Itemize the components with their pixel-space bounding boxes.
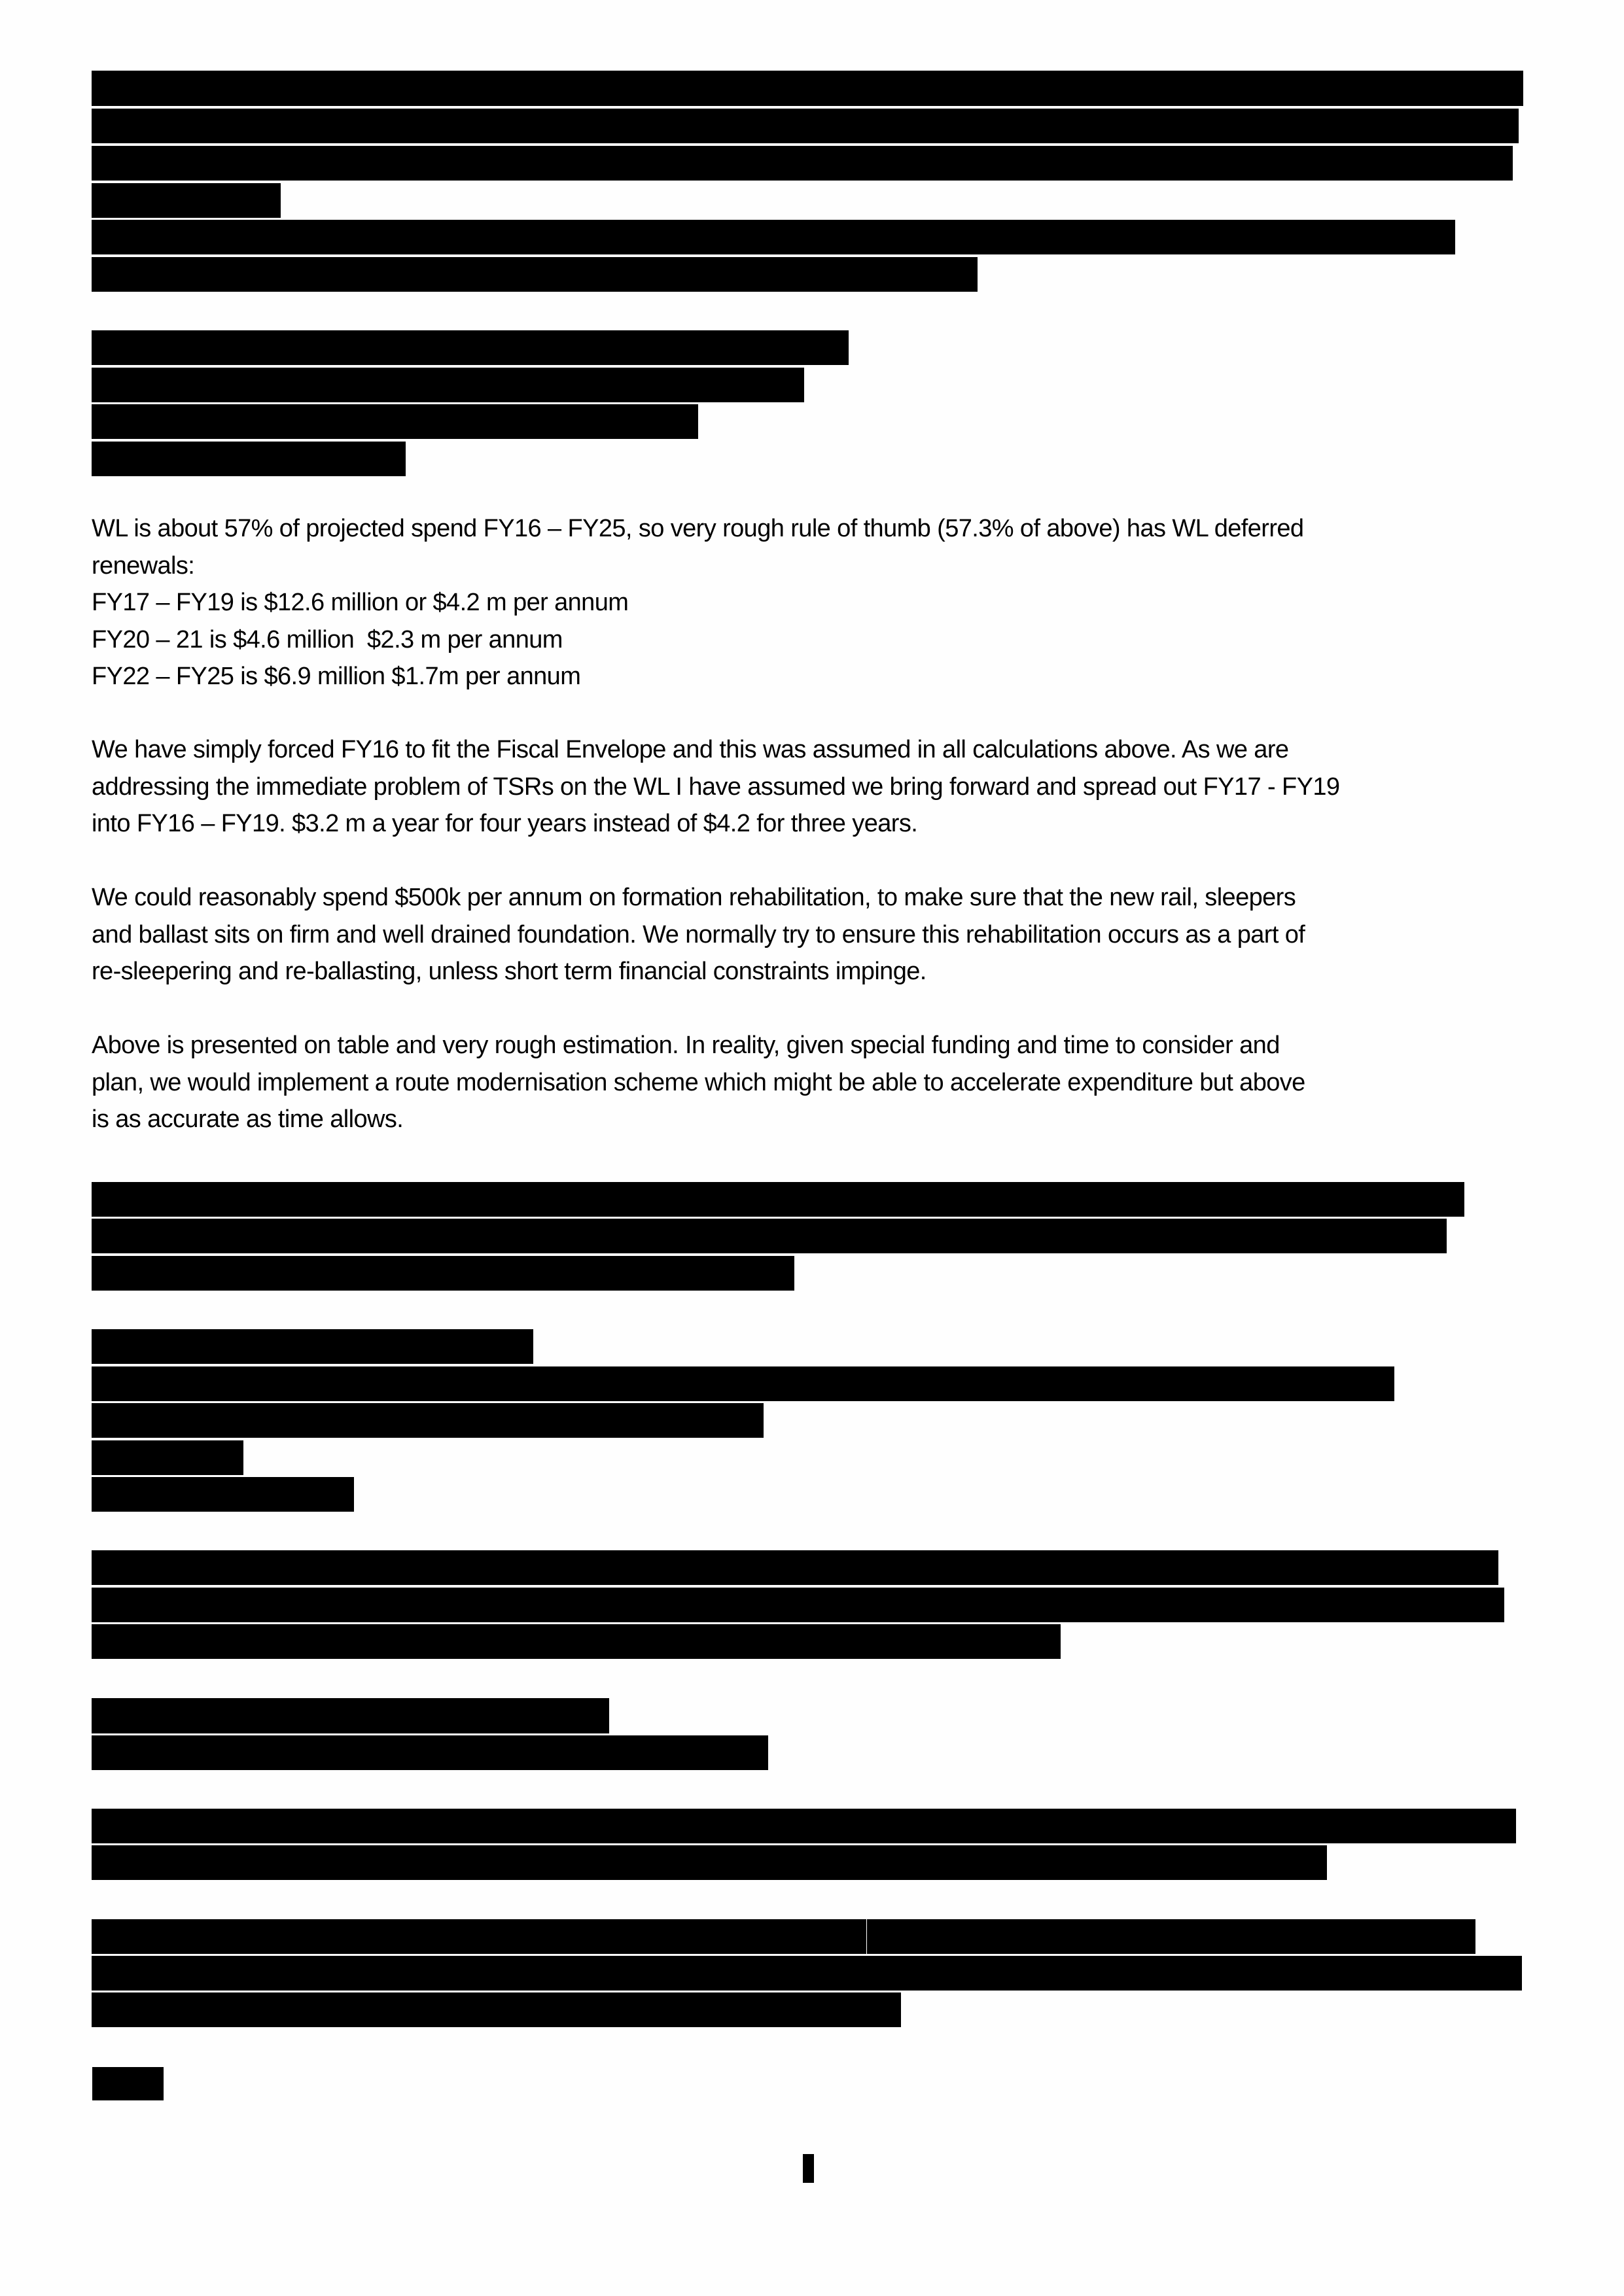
redaction-bar [92, 1403, 764, 1438]
text-line: is as accurate as time allows. [92, 1101, 1531, 1138]
paragraph-formation-rehabilitation: We could reasonably spend $500k per annu… [92, 879, 1531, 990]
text-line: renewals: [92, 548, 1531, 585]
redaction-bar [92, 1992, 901, 2027]
redaction-bar [92, 1588, 1504, 1622]
text-line: FY22 – FY25 is $6.9 million $1.7m per an… [92, 658, 1531, 695]
page-number-redaction [803, 2154, 814, 2183]
text-line: Above is presented on table and very rou… [92, 1027, 1531, 1064]
redaction-bar [92, 1256, 794, 1291]
redaction-bar [92, 1550, 1498, 1585]
redaction-bar [92, 257, 978, 292]
redaction-bar [92, 330, 849, 365]
redaction-bar [92, 146, 1513, 181]
redaction-bar [92, 109, 1519, 143]
redaction-bar [92, 1809, 1516, 1843]
redaction-bar [92, 1845, 1327, 1880]
document-page: WL is about 57% of projected spend FY16 … [0, 0, 1624, 2296]
redaction-bar [92, 368, 804, 402]
text-line: into FY16 – FY19. $3.2 m a year for four… [92, 805, 1531, 843]
redaction-bar [867, 1919, 1475, 1954]
redaction-bar [92, 71, 1523, 106]
redaction-bar [92, 1698, 609, 1733]
redaction-bar [92, 1735, 768, 1770]
text-line: re-sleepering and re-ballasting, unless … [92, 953, 1531, 990]
redaction-bar [92, 2067, 164, 2100]
redaction-bar [92, 1956, 1522, 1991]
text-line: FY17 – FY19 is $12.6 million or $4.2 m p… [92, 584, 1531, 621]
text-line: and ballast sits on firm and well draine… [92, 916, 1531, 954]
paragraph-fiscal-envelope: We have simply forced FY16 to fit the Fi… [92, 731, 1531, 843]
text-line: We have simply forced FY16 to fit the Fi… [92, 731, 1531, 769]
redaction-bar [92, 1477, 354, 1512]
redaction-bar [92, 1366, 1394, 1401]
redaction-bar [92, 183, 281, 218]
redaction-bar [92, 404, 698, 439]
redaction-bar [92, 1182, 1464, 1217]
redaction-bar [92, 1440, 243, 1475]
text-line: We could reasonably spend $500k per annu… [92, 879, 1531, 916]
redaction-bar [92, 220, 1455, 254]
text-line: WL is about 57% of projected spend FY16 … [92, 510, 1531, 548]
redaction-bar [92, 1919, 866, 1954]
text-line: plan, we would implement a route moderni… [92, 1064, 1531, 1102]
paragraph-rough-estimation: Above is presented on table and very rou… [92, 1027, 1531, 1138]
redaction-bar [92, 1624, 1061, 1659]
redaction-bar [92, 442, 406, 476]
redaction-bar [92, 1219, 1447, 1253]
redaction-bar [92, 1329, 533, 1364]
text-line: FY20 – 21 is $4.6 million $2.3 m per ann… [92, 621, 1531, 659]
paragraph-wl-deferred-renewals: WL is about 57% of projected spend FY16 … [92, 510, 1531, 695]
text-line: addressing the immediate problem of TSRs… [92, 769, 1531, 806]
